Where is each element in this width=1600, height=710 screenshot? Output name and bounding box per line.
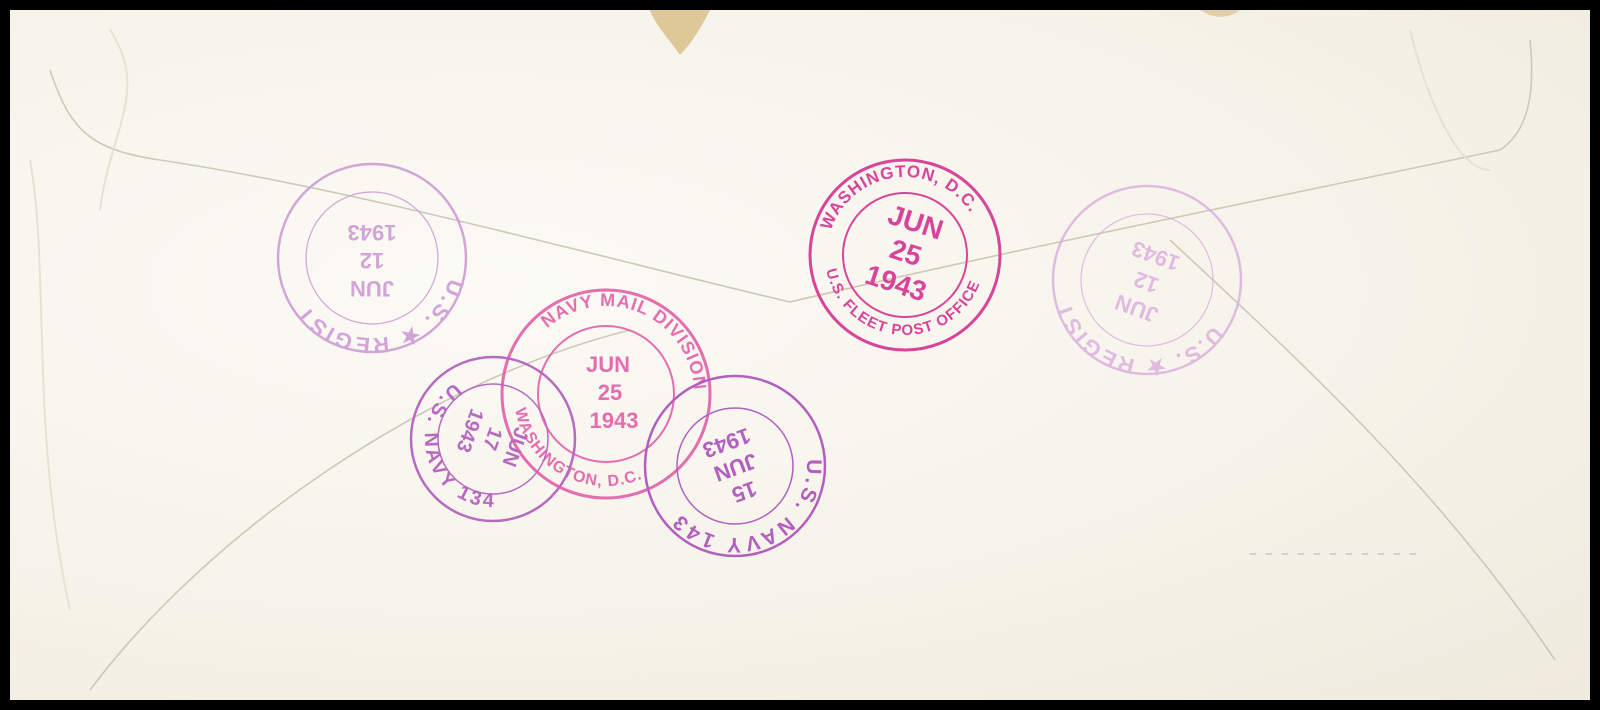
postmark-registry-right: U.S. ★ REGIST JUN 12 1943 <box>1036 186 1251 407</box>
svg-text:1943: 1943 <box>452 406 488 455</box>
svg-text:12: 12 <box>1130 266 1162 298</box>
postmark-fleet-post-office: WASHINGTON, D.C. U.S. FLEET POST OFFICE … <box>810 160 1000 350</box>
black-frame: U.S. ★ REGIST JUN 12 1943 WASHINGTON, D.… <box>0 0 1600 710</box>
svg-text:1943: 1943 <box>1128 236 1183 276</box>
envelope-flap-lines <box>50 40 1555 690</box>
svg-text:JUN: JUN <box>350 276 394 301</box>
svg-text:25: 25 <box>598 380 622 405</box>
tape-stain <box>650 10 710 55</box>
envelope-back: U.S. ★ REGIST JUN 12 1943 WASHINGTON, D.… <box>10 10 1590 700</box>
svg-text:U.S. NAVY 134: U.S. NAVY 134 <box>400 376 507 530</box>
envelope-illustration: U.S. ★ REGIST JUN 12 1943 WASHINGTON, D.… <box>10 10 1590 700</box>
paper-creases <box>30 30 1490 610</box>
svg-text:JUN: JUN <box>586 352 630 377</box>
svg-text:1943: 1943 <box>861 259 930 308</box>
svg-text:NAVY MAIL DIVISION: NAVY MAIL DIVISION <box>533 254 734 415</box>
svg-text:1943: 1943 <box>348 220 397 245</box>
svg-text:1943: 1943 <box>590 408 639 433</box>
postmark-us-navy-134: U.S. NAVY 134 JUN 17 1943 <box>400 357 575 530</box>
postmark-registry-left: U.S. ★ REGIST JUN 12 1943 <box>278 164 469 358</box>
svg-text:12: 12 <box>360 248 384 273</box>
